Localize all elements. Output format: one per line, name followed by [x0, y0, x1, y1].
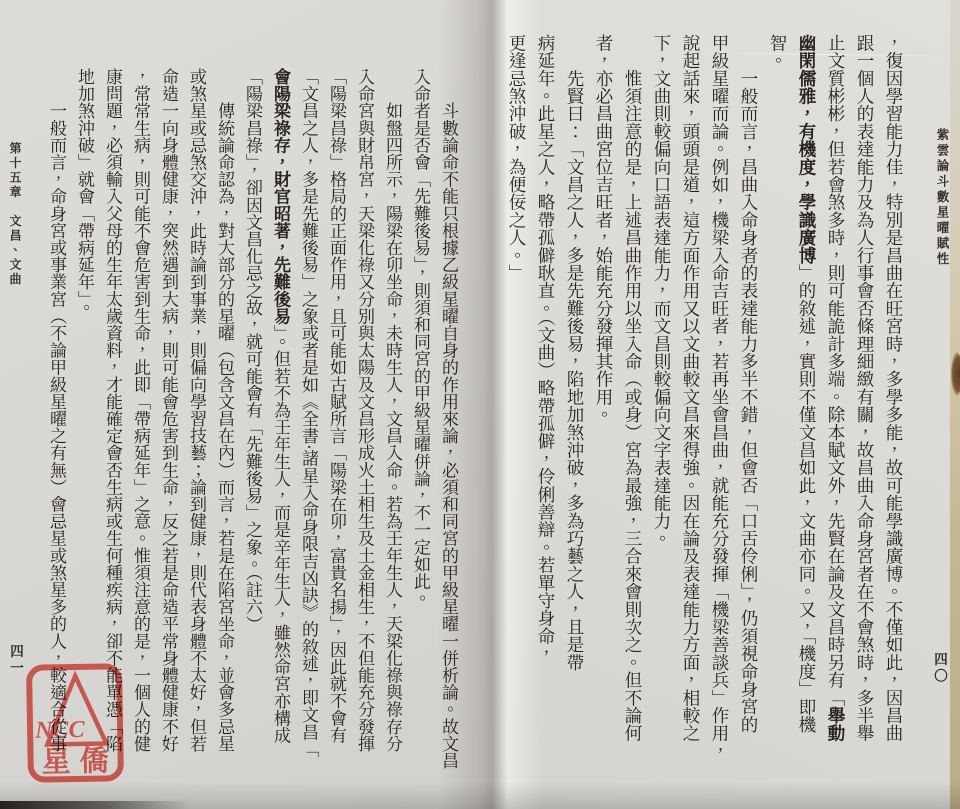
page-number-right: 四〇 — [929, 652, 949, 685]
right-page-body: ，復因學習能力佳，特別是昌曲在旺宮時，多學多能，故可能學識廣博。不僅如此，因昌曲… — [502, 34, 908, 760]
body-paragraph: ，復因學習能力佳，特別是昌曲在旺宮時，多學多能，故可能學識廣博。不僅如此，因昌曲… — [763, 34, 908, 760]
body-paragraph: 一般而言，昌曲入命身者的表達能力多半不錯，但會否「口舌伶俐」，仍須視命身宮的甲級… — [647, 34, 763, 760]
stamp-name: 星僑 — [41, 744, 118, 778]
stamp-graphic: NCC 星僑 — [25, 662, 125, 784]
chapter-header: 第十五章 文昌、文曲 — [7, 142, 24, 287]
body-paragraph: 斗數論命不能只根據乙級星曜自身的作用來論，必須和同宮的甲級星曜一併析論。故文昌入… — [406, 68, 462, 770]
body-paragraph: 惟須注意的是，上述昌曲作用以坐入命（或身）宮為最強，三合來會則次之。但不論何者，… — [589, 34, 647, 760]
book-fore-edge — [950, 0, 960, 809]
running-header: 紫雲論斗數星曜賦性 — [933, 128, 951, 268]
book-photo: 紫雲論斗數星曜賦性 ，復因學習能力佳，特別是昌曲在旺宮時，多學多能，故可能學識廣… — [0, 0, 960, 809]
stamp-letters: NCC — [34, 717, 86, 744]
body-paragraph: 如盤四所示，陽梁在卯坐命，未時生人，文昌入命。若為壬年生人，天梁化祿與祿存分入命… — [238, 68, 406, 770]
bottom-page-edge — [0, 801, 190, 809]
page-number-left: 四一 — [5, 644, 25, 677]
edge-stain — [951, 352, 960, 396]
publisher-stamp: NCC 星僑 — [25, 662, 125, 786]
body-paragraph: 先賢曰：「文昌之人，多是先難後易，陷地加煞沖破，多為巧藝之人，且是帶病延年。此星… — [502, 34, 589, 760]
